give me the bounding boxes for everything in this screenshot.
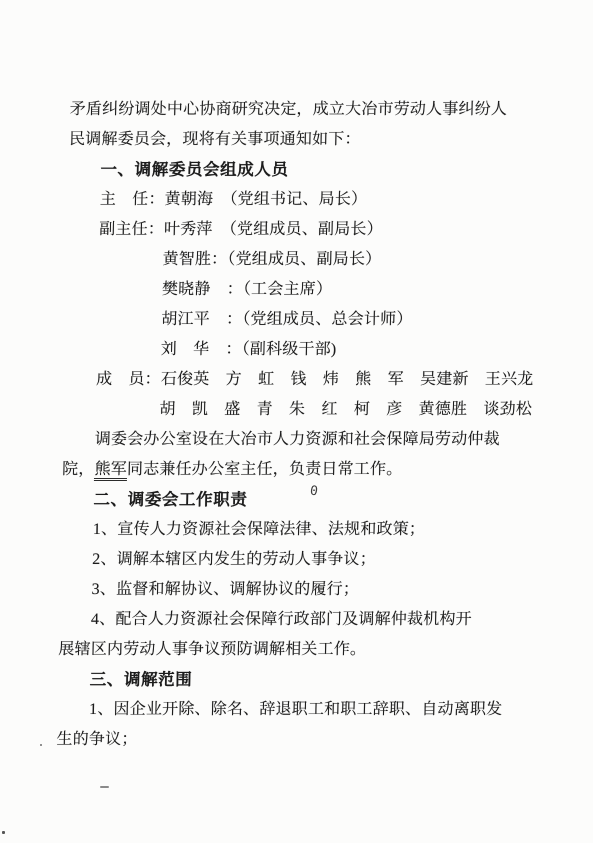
roster-line: 刘 华 ：（副科级干部) bbox=[160, 335, 568, 365]
roster-vicechair-line: 副主任：叶秀萍 （党组成员、副局长） bbox=[99, 215, 571, 245]
roster-line: 胡江平 ：（党组成员、总会计师） bbox=[161, 305, 569, 335]
office-line-2-suffix: 同志兼任办公室主任，负责日常工作。 bbox=[127, 461, 403, 478]
roster-members-line-2: 胡 凯 盛 青 朱 红 柯 彦 黄德胜 谈劲松 bbox=[159, 395, 567, 425]
duty-item-continuation: 展辖区内劳动人事争议预防调解相关工作。 bbox=[58, 635, 562, 665]
office-line-1: 调委会办公室设在大冶市人力资源和社会保障局劳动仲裁 bbox=[94, 425, 566, 455]
duty-item: 1、宣传人力资源社会保障法律、法规和政策； bbox=[93, 515, 565, 545]
duty-item: 4、配合人力资源社会保障行政部门及调解仲裁机构开 bbox=[91, 605, 563, 635]
duty-item: 3、监督和解协议、调解协议的履行； bbox=[91, 575, 563, 605]
intro-line-2: 民调解委员会，现将有关事项通知如下： bbox=[69, 125, 573, 155]
roster-chair-line: 主 任：黄朝海 （党组书记、局长） bbox=[99, 185, 571, 215]
document-page: 矛盾纠纷调处中心协商研究决定，成立大冶市劳动人事纠纷人 民调解委员会，现将有关事… bbox=[0, 0, 593, 843]
scan-speck bbox=[2, 831, 5, 834]
roster-line: 黄智胜：（党组成员、副局长） bbox=[162, 245, 570, 275]
scope-item-continuation: 生的争议； bbox=[56, 725, 560, 755]
scan-speck bbox=[40, 744, 42, 746]
duty-item: 2、调解本辖区内发生的劳动人事争议； bbox=[92, 545, 564, 575]
roster-members-line-1: 成 员：石俊英 方 虹 钱 炜 熊 军 吴建新 王兴龙 bbox=[96, 365, 568, 395]
section1-heading: 一、调解委员会组成人员 bbox=[100, 155, 572, 185]
scan-speck bbox=[100, 786, 109, 788]
scope-item: 1、因企业开除、除名、辞退职工和职工辞职、自动离职发 bbox=[89, 695, 561, 725]
document-body: 矛盾纠纷调处中心协商研究决定，成立大冶市劳动人事纠纷人 民调解委员会，现将有关事… bbox=[56, 95, 573, 755]
underlined-name: 熊军 bbox=[94, 461, 127, 481]
roster-line: 樊晓静 ：（工会主席） bbox=[162, 275, 570, 305]
section3-heading: 三、调解范围 bbox=[89, 665, 561, 695]
section2-heading: 二、调委会工作职责 bbox=[93, 485, 565, 515]
intro-line-1: 矛盾纠纷调处中心协商研究决定，成立大冶市劳动人事纠纷人 bbox=[69, 95, 573, 125]
office-line-2-prefix: 院， bbox=[62, 461, 95, 478]
office-line-2: 院，熊军同志兼任办公室主任，负责日常工作。 bbox=[62, 455, 566, 485]
